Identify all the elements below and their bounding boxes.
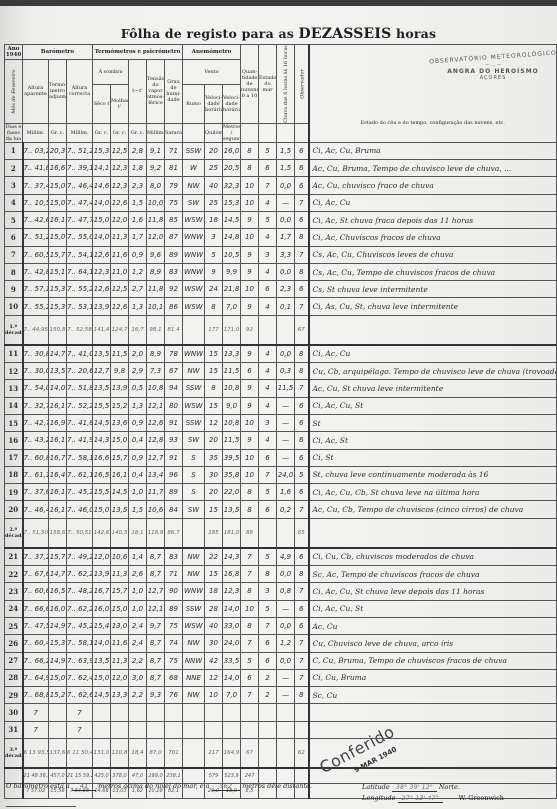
summary-ap: 7.. 51,50 <box>23 518 49 548</box>
cell-ch: 0,8 <box>277 583 295 600</box>
cell-d: 2,4 <box>129 635 147 652</box>
summary-v: 185 <box>205 518 223 548</box>
cell-ap: 7.. 60,60 <box>23 583 49 600</box>
day-number: 20 <box>5 501 23 518</box>
cell-r: WSW <box>183 617 205 634</box>
sky-state-note <box>309 704 557 721</box>
cell-vm: 7,0 <box>223 687 241 704</box>
cell-m: 12,5 <box>111 281 129 298</box>
cell-ta: 20,3 <box>49 142 67 159</box>
cell-vm: 13,5 <box>223 501 241 518</box>
cell-m: 15,0 <box>111 432 129 449</box>
cell-ch: 4,9 <box>277 548 295 566</box>
cell-r: WNW <box>183 345 205 363</box>
decade-summary-row: 3.ª década6 13 93,5137,66 11 50,4131,011… <box>5 738 557 768</box>
unit-gr: Gr. c. <box>93 123 111 142</box>
register-sheet: Fôlha de registo para as DEZASSEIS horas… <box>0 0 557 809</box>
summary-vm: 164,9 <box>223 738 241 768</box>
cell-s: 15,5 <box>93 397 111 414</box>
cell-r: NW <box>183 177 205 194</box>
table-row: 277.. 66,2314,97.. 63,9713,511,32,28,775… <box>5 652 557 669</box>
summary-m: 124,7 <box>111 315 129 345</box>
unit-blank <box>277 123 295 142</box>
cell-co: 7.. 63,97 <box>67 652 93 669</box>
cell-s: 14,1 <box>93 160 111 177</box>
cell-m: 11,6 <box>111 246 129 263</box>
table-row: 297.. 68,8015,27.. 62,6714,513,32,29,376… <box>5 687 557 704</box>
cell-o: 6 <box>295 414 309 431</box>
cell-o: 6 <box>295 160 309 177</box>
table-row: 107.. 55,2015,37.. 53,1913,912,61,310,18… <box>5 298 557 315</box>
day-number: 9 <box>5 281 23 298</box>
cell-s: 12,3 <box>93 263 111 280</box>
unit-mm: Millím. <box>147 123 165 142</box>
cell-vm: 7,0 <box>223 298 241 315</box>
cell-v <box>205 721 223 738</box>
cell-co: 7.. 41,87 <box>67 414 93 431</box>
cell-ap: 7.. 66,23 <box>23 652 49 669</box>
day-number: 12 <box>5 363 23 380</box>
cell-d: 2,0 <box>129 345 147 363</box>
register-table: Ano 1940 Barómetro Termómetros e psicróm… <box>4 44 557 799</box>
cell-o: 6 <box>295 281 309 298</box>
cell-ta: 15,0 <box>49 194 67 211</box>
cell-ch: 1,6 <box>277 484 295 501</box>
summary-ap: 7.. 44,95 <box>23 315 49 345</box>
cell-mar: 3 <box>259 414 277 431</box>
cell-vm: 16,0 <box>223 142 241 159</box>
cell-co: 7.. 39,18 <box>67 160 93 177</box>
cell-ch: — <box>277 687 295 704</box>
cell-h: 96 <box>165 466 183 483</box>
cell-mar: 4 <box>259 298 277 315</box>
cell-m: 15,2 <box>111 397 129 414</box>
summary-n: 88 <box>241 518 259 548</box>
summary-m: 110,8 <box>111 738 129 768</box>
summary-vm: 181,0 <box>223 518 241 548</box>
cell-n: 8 <box>241 142 259 159</box>
day-number: 1 <box>5 142 23 159</box>
cell-o: 6 <box>295 484 309 501</box>
summary-mar <box>259 518 277 548</box>
summary-o: 67 <box>295 315 309 345</box>
cell-m: 12,6 <box>111 194 129 211</box>
title-hour: DEZASSEIS <box>299 26 392 42</box>
day-number: 18 <box>5 466 23 483</box>
cell-t: 11,7 <box>147 484 165 501</box>
cell-s: 14,0 <box>93 229 111 246</box>
cell-r: WSW <box>183 397 205 414</box>
cell-vm: 32,3 <box>223 177 241 194</box>
barometer-footnote: O barómetro está a 41 metros acima do ni… <box>6 782 312 790</box>
cell-m: 13,6 <box>111 414 129 431</box>
summary-notes <box>309 518 557 548</box>
cell-v: 10 <box>205 687 223 704</box>
day-number: 30 <box>5 704 23 721</box>
cell-vm: 22,0 <box>223 484 241 501</box>
summary-t: 98,1 <box>147 315 165 345</box>
cell-r <box>183 704 205 721</box>
cell-h: 79 <box>165 177 183 194</box>
cell-n: 8 <box>241 501 259 518</box>
cell-t <box>147 704 165 721</box>
cell-mar: 3 <box>259 583 277 600</box>
cell-h: 78 <box>165 345 183 363</box>
cell-t: 8,7 <box>147 669 165 686</box>
stamp-line-4: AÇORES <box>428 75 557 81</box>
cell-ta: 15,0 <box>49 229 67 246</box>
cell-o: 7 <box>295 298 309 315</box>
cell-m <box>111 721 129 738</box>
cell-vm: 14,5 <box>223 211 241 228</box>
cell-r: WNW <box>183 263 205 280</box>
rain-header: Chuva das 6 horas às 16 horas <box>277 45 295 124</box>
cell-mar: 6 <box>259 449 277 466</box>
cell-co: 7.. 46,03 <box>67 501 93 518</box>
cell-r: WSW <box>183 281 205 298</box>
day-number: 8 <box>5 263 23 280</box>
cell-s: 14,5 <box>93 687 111 704</box>
cell-h: 94 <box>165 380 183 397</box>
cell-d: 1,8 <box>129 160 147 177</box>
cell-o: 7 <box>295 501 309 518</box>
cell-vm: 39,5 <box>223 449 241 466</box>
cell-t: 12,6 <box>147 414 165 431</box>
latitude-dir: Norte. <box>439 783 460 791</box>
cell-ch: 0,0 <box>277 566 295 583</box>
cell-mar: 4 <box>259 380 277 397</box>
cell-r: NNW <box>183 652 205 669</box>
cell-d: 1,0 <box>129 600 147 617</box>
summary-co: 6 11 50,4 <box>67 738 93 768</box>
wet-header: Molhado t' <box>111 85 129 124</box>
cell-ch: 1,7 <box>277 229 295 246</box>
sky-state-note: Ac, Cu <box>309 617 557 634</box>
cell-s: 15,3 <box>93 142 111 159</box>
cell-mar: 6 <box>259 501 277 518</box>
sky-state-note: Ci, Ac, Cu, Bruma <box>309 142 557 159</box>
footnote-suffix: metros dêle distante. <box>242 782 312 790</box>
cell-t: 9,1 <box>147 142 165 159</box>
humidity-header: Grau de humi-dade <box>165 60 183 124</box>
cell-v: 24 <box>205 281 223 298</box>
cell-t: 8,9 <box>147 345 165 363</box>
cell-s: 14,6 <box>93 177 111 194</box>
cell-ta: 16,9 <box>49 414 67 431</box>
unit-km: Quilóm. <box>205 123 223 142</box>
cell-m: 12,3 <box>111 160 129 177</box>
sky-state-note: Ci, Ac, Cu, St <box>309 397 557 414</box>
cell-vm: 10,8 <box>223 380 241 397</box>
cell-s: 13,5 <box>93 380 111 397</box>
unit-mm: Millím. <box>67 123 93 142</box>
cell-h: 71 <box>165 142 183 159</box>
cell-co: 7.. 62,21 <box>67 600 93 617</box>
table-row: 287.. 64,9015,07.. 62,4115,012,03,08,768… <box>5 669 557 686</box>
sky-state-note: Ac, Cu, St chuva leve intermitente <box>309 380 557 397</box>
day-number: 11 <box>5 345 23 363</box>
longitude-dir: W. Greenwich <box>459 794 504 802</box>
day-number: 15 <box>5 414 23 431</box>
cell-mar: 2 <box>259 669 277 686</box>
cell-vm <box>223 704 241 721</box>
cell-h: 85 <box>165 211 183 228</box>
cell-ap: 7.. 51,20 <box>23 229 49 246</box>
cell-co: 7.. 46,40 <box>67 177 93 194</box>
cell-co: 7.. 45,28 <box>67 617 93 634</box>
cell-n: 10 <box>241 414 259 431</box>
cell-s: 14,0 <box>93 635 111 652</box>
summary-ch <box>277 518 295 548</box>
cell-ta: 14,9 <box>49 652 67 669</box>
cell-s: 16,6 <box>93 449 111 466</box>
cell-t: 8,7 <box>147 635 165 652</box>
cell-ta: 15,7 <box>49 548 67 566</box>
day-number: 16 <box>5 432 23 449</box>
table-row: 87.. 42,8015,17.. 64,1112,311,01,28,983W… <box>5 263 557 280</box>
sky-state-note: Cs, St chuva leve intermitente <box>309 281 557 298</box>
sky-state-note: Ci, St <box>309 449 557 466</box>
decade-summary-row: 2.ª década7.. 51,50158,67.. 50,51142,614… <box>5 518 557 548</box>
cell-ta: 16,5 <box>49 583 67 600</box>
cell-v: 22 <box>205 548 223 566</box>
unit-gr: Gr. c. <box>111 123 129 142</box>
cell-n: 10 <box>241 600 259 617</box>
cell-mar: 5 <box>259 548 277 566</box>
cell-mar: 6 <box>259 652 277 669</box>
cell-mar: 5 <box>259 484 277 501</box>
footnote-prefix: O barómetro está a <box>6 782 70 790</box>
cell-m: 15,0 <box>111 600 129 617</box>
summary-t: 118,9 <box>147 518 165 548</box>
cell-co: 7.. 53,19 <box>67 298 93 315</box>
cell-ap: 7.. 32,70 <box>23 397 49 414</box>
table-row: 37.. 37,4015,07.. 46,4014,612,32,38,079N… <box>5 177 557 194</box>
cell-n: 10 <box>241 466 259 483</box>
cell-r: S <box>183 466 205 483</box>
cell-ap: 7.. 30,00 <box>23 363 49 380</box>
cell-d: 1,5 <box>129 194 147 211</box>
cell-t: 8,7 <box>147 548 165 566</box>
apparent-height-header: Altura aparente <box>23 60 49 124</box>
cell-h <box>165 721 183 738</box>
cell-co: 7.. 55,20 <box>67 281 93 298</box>
day-number: 17 <box>5 449 23 466</box>
cell-m: 10,6 <box>111 548 129 566</box>
cell-r: SW <box>183 501 205 518</box>
cell-mar: 4 <box>259 432 277 449</box>
cell-vm: 9,9 <box>223 263 241 280</box>
cell-ap: 7.. 42,70 <box>23 414 49 431</box>
cell-h: 68 <box>165 669 183 686</box>
page-title: Fôlha de registo para as DEZASSEIS horas <box>0 26 557 42</box>
cell-d: 2,4 <box>129 617 147 634</box>
speed-m-header: Veloci-dade horária <box>223 85 241 124</box>
cell-t: 10,1 <box>147 298 165 315</box>
day-number: 23 <box>5 583 23 600</box>
cell-h: 74 <box>165 635 183 652</box>
cell-co: 7.. 62,41 <box>67 669 93 686</box>
day-number: 6 <box>5 229 23 246</box>
cell-vm: 11,5 <box>223 363 241 380</box>
cell-ch: 1,2 <box>277 635 295 652</box>
cell-t: 9,7 <box>147 617 165 634</box>
cell-ch: 0,0 <box>277 177 295 194</box>
cell-r: NW <box>183 363 205 380</box>
summary-ta: 137,6 <box>49 738 67 768</box>
day-number: 7 <box>5 246 23 263</box>
cell-t: 9,2 <box>147 160 165 177</box>
cell-ta: 16,1 <box>49 501 67 518</box>
cell-ta: 16,0 <box>49 600 67 617</box>
summary-v: 177 <box>205 315 223 345</box>
cell-r: WNW <box>183 229 205 246</box>
sky-state-note: Ci, Cu, Cb, chuviscos moderados de chuva <box>309 548 557 566</box>
cell-o: 6 <box>295 142 309 159</box>
cell-s: 15,4 <box>93 617 111 634</box>
sky-state-note: Cs, Ac, Cu, Tempo de chuviscos fracos de… <box>309 263 557 280</box>
cell-vm: 12,3 <box>223 583 241 600</box>
unit-gr: Gr. c. <box>49 123 67 142</box>
unit-ms: Metros / segundo <box>223 123 241 142</box>
cell-h: 75 <box>165 652 183 669</box>
cell-ch: 0,0 <box>277 617 295 634</box>
cell-mar: 4 <box>259 397 277 414</box>
cell-co: 7.. 52,27 <box>67 397 93 414</box>
cell-o <box>295 704 309 721</box>
barometer-distance: 562 <box>212 782 240 791</box>
decade-label: 1.ª década <box>5 315 23 345</box>
cell-t: 11,8 <box>147 211 165 228</box>
cell-r <box>183 721 205 738</box>
speed-km-header: Veloci-dade horária <box>205 85 223 124</box>
summary-r <box>183 738 205 768</box>
cell-r: S <box>183 484 205 501</box>
cell-s: 13,9 <box>93 566 111 583</box>
summary-d: 18,4 <box>129 738 147 768</box>
table-row: 267.. 60,4515,37.. 58,1314,011,62,48,774… <box>5 635 557 652</box>
longitude-label: Longitude <box>362 794 395 802</box>
cell-co: 7.. 55,00 <box>67 229 93 246</box>
cell-h: 67 <box>165 363 183 380</box>
decade-label: 2.ª década <box>5 518 23 548</box>
cell-m: 9,8 <box>111 363 129 380</box>
cell-ch: 3,3 <box>277 246 295 263</box>
cell-mar: 5 <box>259 142 277 159</box>
title-prefix: Fôlha de registo para as <box>121 26 294 41</box>
cell-vm: 14,3 <box>223 548 241 566</box>
cell-n <box>241 721 259 738</box>
register-body: 17.. 03,2020,37.. 51,2015,312,52,89,171S… <box>5 142 557 798</box>
cell-ta: 14,7 <box>49 345 67 363</box>
cell-vm: 35,8 <box>223 466 241 483</box>
sky-state-note: Ci, Ac, St <box>309 432 557 449</box>
cell-d: 1,2 <box>129 263 147 280</box>
cell-co: 7.. 62,23 <box>67 566 93 583</box>
cell-co: 7.. 64,11 <box>67 263 93 280</box>
cell-h: 71 <box>165 566 183 583</box>
cell-vm: 20,5 <box>223 160 241 177</box>
cell-m: 11,3 <box>111 652 129 669</box>
dry-header: Sêco t <box>93 85 111 124</box>
cell-ap: 7.. 30,80 <box>23 345 49 363</box>
cell-h: 91 <box>165 414 183 431</box>
cell-mar: 4 <box>259 363 277 380</box>
cell-r: SSW <box>183 414 205 431</box>
cell-vm <box>223 721 241 738</box>
cell-n: 9 <box>241 432 259 449</box>
summary-n: 92 <box>241 315 259 345</box>
cell-n: 9 <box>241 246 259 263</box>
month-header: Mês de Fevereiro <box>5 60 23 124</box>
summary-ap: 6 13 93,5 <box>23 738 49 768</box>
cell-co: 7.. 54,15 <box>67 246 93 263</box>
unit-saturation: Saturação=100 <box>165 123 183 142</box>
cell-mar: 7 <box>259 177 277 194</box>
table-row: 137.. 54,0014,07.. 51,8013,513,90,510,89… <box>5 380 557 397</box>
table-row: 247.. 66,6016,07.. 62,2116,015,01,012,18… <box>5 600 557 617</box>
cell-h: 83 <box>165 263 183 280</box>
cell-ch: 0,1 <box>277 298 295 315</box>
cell-s: 13,5 <box>93 652 111 669</box>
cell-co: 7.. 47,42 <box>67 194 93 211</box>
cell-n: 7 <box>241 635 259 652</box>
cell-ap: 7.. 10,50 <box>23 194 49 211</box>
cell-ta <box>49 721 67 738</box>
cell-h: 89 <box>165 246 183 263</box>
cell-v: 42 <box>205 652 223 669</box>
cell-ch: 0,3 <box>277 363 295 380</box>
summary-v: 217 <box>205 738 223 768</box>
day-number: 19 <box>5 484 23 501</box>
cell-ta: 16,4 <box>49 466 67 483</box>
cell-m: 13,0 <box>111 617 129 634</box>
cell-v: 8 <box>205 298 223 315</box>
sky-state-note: St <box>309 414 557 431</box>
table-row: 237.. 60,6016,57.. 48,2616,715,71,012,79… <box>5 583 557 600</box>
cell-s: 15,0 <box>93 669 111 686</box>
summary-ta: 158,6 <box>49 518 67 548</box>
observatory-stamp: OBSERVATÓRIO METEOROLÓGICO — ... — ANGRA… <box>428 54 557 81</box>
summary-r <box>183 315 205 345</box>
sky-state-note: C, Cu, Bruma, Tempo de chuviscos fracos … <box>309 652 557 669</box>
cell-ch: — <box>277 600 295 617</box>
cell-n: 9 <box>241 397 259 414</box>
day-number: 2 <box>5 160 23 177</box>
cell-r: NW <box>183 566 205 583</box>
summary-h: 81,4 <box>165 315 183 345</box>
cell-co: 7.. 45,21 <box>67 484 93 501</box>
cell-s: 15,5 <box>93 484 111 501</box>
cell-ch: 1,5 <box>277 160 295 177</box>
cell-m: 12,3 <box>111 177 129 194</box>
sky-state-note: Ci, Ac, Cu, Cb, St chuva leve na última … <box>309 484 557 501</box>
cell-vm: 14,0 <box>223 669 241 686</box>
cell-v: 9 <box>205 263 223 280</box>
barometer-altitude: 41 <box>72 782 96 791</box>
cell-d: 1,6 <box>129 211 147 228</box>
cell-n: 10 <box>241 229 259 246</box>
cell-ta: 13,5 <box>49 363 67 380</box>
cell-mar: 4 <box>259 345 277 363</box>
footer-rule <box>6 806 76 807</box>
cell-ta: 16,7 <box>49 449 67 466</box>
cell-n: 6 <box>241 363 259 380</box>
cell-co: 7.. 58,13 <box>67 635 93 652</box>
cell-m: 11,0 <box>111 263 129 280</box>
sky-state-note: St, chuva leve continuamente moderada às… <box>309 466 557 483</box>
cell-vm: 33,0 <box>223 617 241 634</box>
